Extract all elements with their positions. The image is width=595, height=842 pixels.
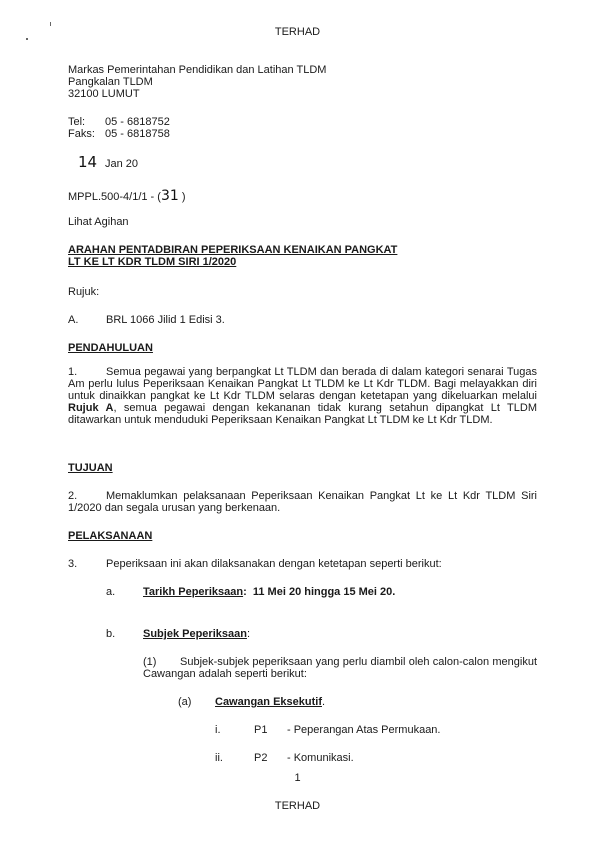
sender-line-3: 32100 LUMUT	[68, 88, 140, 100]
item-b: Subjek Peperiksaan:	[143, 628, 250, 640]
page-number: 1	[0, 772, 595, 784]
fax-value: 05 - 6818758	[105, 128, 170, 140]
subject-code: P1	[254, 724, 267, 736]
subject-marker: i.	[215, 724, 221, 736]
subitem-b1: (1)Subjek-subjek peperiksaan yang perlu …	[143, 656, 537, 680]
paragraph-2: 2.Memaklumkan pelaksanaan Peperiksaan Ke…	[68, 490, 537, 514]
paragraph-text: Semua pegawai yang berpangkat Lt TLDM da…	[68, 366, 537, 402]
paragraph-number: 2.	[68, 490, 106, 502]
footer-classification: TERHAD	[0, 800, 595, 812]
paragraph-1: 1.Semua pegawai yang berpangkat Lt TLDM …	[68, 366, 537, 426]
paragraph-bold-reference: Rujuk A	[68, 402, 113, 414]
exam-date-label: Tarikh Peperiksaan	[143, 586, 243, 598]
reference-handwritten: 31	[161, 188, 179, 204]
subject-code: P2	[254, 752, 267, 764]
paragraph-number: 1.	[68, 366, 106, 378]
section-heading-purpose: TUJUAN	[68, 462, 113, 474]
subitem-marker: (1)	[143, 656, 180, 668]
header-classification: TERHAD	[0, 26, 595, 38]
references-label: Rujuk:	[68, 286, 99, 298]
item-a: Tarikh Peperiksaan: 11 Mei 20 hingga 15 …	[143, 586, 395, 598]
exam-subjects-label: Subjek Peperiksaan	[143, 628, 247, 640]
fax-label: Faks:	[68, 128, 95, 140]
subitem-text: Subjek-subjek peperiksaan yang perlu dia…	[143, 656, 537, 680]
document-title-line-2: LT KE LT KDR TLDM SIRI 1/2020	[68, 256, 236, 268]
sender-line-1: Markas Pemerintahan Pendidikan dan Latih…	[68, 64, 326, 76]
paragraph-3-text: Peperiksaan ini akan dilaksanakan dengan…	[106, 558, 442, 570]
distribution-note: Lihat Agihan	[68, 216, 129, 228]
exam-date-value: 11 Mei 20 hingga 15 Mei 20.	[253, 586, 395, 598]
date-day-handwritten: 14	[78, 153, 97, 171]
reference-number: MPPL.500-4/1/1 - (31 )	[68, 188, 186, 204]
branch-a-marker: (a)	[178, 696, 191, 708]
branch-a: Cawangan Eksekutif.	[215, 696, 325, 708]
paragraph-3-number: 3.	[68, 558, 77, 570]
tel-value: 05 - 6818752	[105, 116, 170, 128]
branch-a-period: .	[322, 696, 325, 708]
subject-marker: ii.	[215, 752, 223, 764]
document-title-line-1: ARAHAN PENTADBIRAN PEPERIKSAAN KENAIKAN …	[68, 244, 397, 256]
subject-name: - Komunikasi.	[287, 752, 354, 764]
scan-speck	[26, 38, 28, 40]
reference-item-text: BRL 1066 Jilid 1 Edisi 3.	[106, 314, 225, 326]
sender-line-2: Pangkalan TLDM	[68, 76, 153, 88]
item-b-marker: b.	[106, 628, 115, 640]
section-heading-implementation: PELAKSANAAN	[68, 530, 152, 542]
exam-date-colon: :	[243, 586, 247, 598]
tel-label: Tel:	[68, 116, 85, 128]
paragraph-text: , semua pegawai dengan kekananan tidak k…	[68, 402, 537, 426]
subject-name: - Peperangan Atas Permukaan.	[287, 724, 440, 736]
branch-a-label: Cawangan Eksekutif	[215, 696, 322, 708]
reference-prefix: MPPL.500-4/1/1 - (	[68, 191, 161, 203]
reference-suffix: )	[179, 191, 186, 203]
paragraph-text: Memaklumkan pelaksanaan Peperiksaan Kena…	[68, 490, 537, 514]
section-heading-intro: PENDAHULUAN	[68, 342, 153, 354]
reference-item-marker: A.	[68, 314, 78, 326]
date-month-year: Jan 20	[105, 158, 138, 170]
exam-subjects-colon: :	[247, 628, 250, 640]
item-a-marker: a.	[106, 586, 115, 598]
